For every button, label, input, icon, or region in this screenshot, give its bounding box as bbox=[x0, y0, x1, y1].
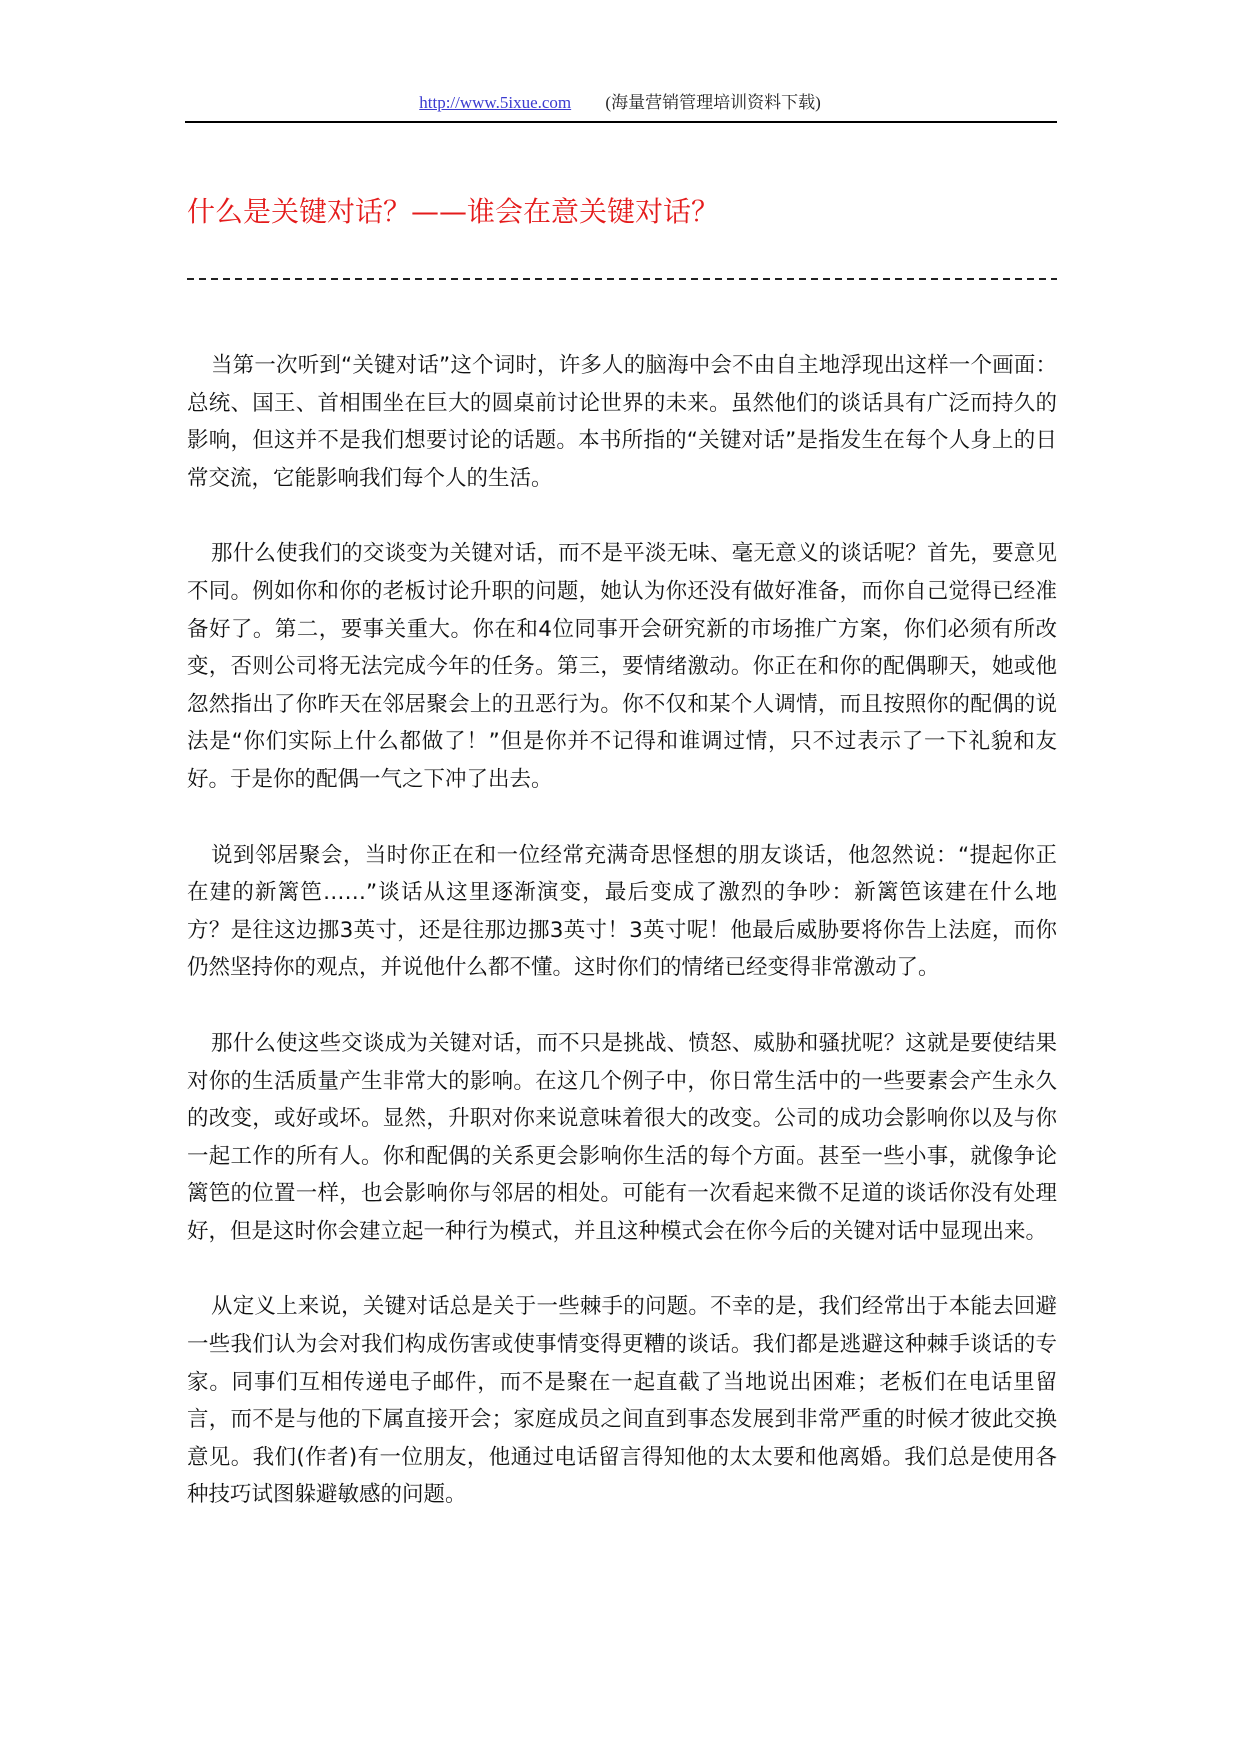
paragraph: 说到邻居聚会，当时你正在和一位经常充满奇思怪想的朋友谈话，他忽然说：“提起你正在… bbox=[187, 837, 1057, 987]
paragraph: 从定义上来说，关键对话总是关于一些棘手的问题。不幸的是，我们经常出于本能去回避一… bbox=[187, 1288, 1057, 1514]
document-body: 当第一次听到“关键对话”这个词时，许多人的脑海中会不由自主地浮现出这样一个画面：… bbox=[187, 347, 1057, 1552]
header-divider bbox=[185, 121, 1057, 123]
paragraph: 那什么使这些交谈成为关键对话，而不只是挑战、愤怒、威胁和骚扰呢？这就是要使结果对… bbox=[187, 1025, 1057, 1251]
page-header: http://www.5ixue.com (海量营销管理培训资料下载) bbox=[185, 88, 1055, 113]
dashed-divider bbox=[187, 278, 1057, 280]
site-link[interactable]: http://www.5ixue.com bbox=[419, 93, 571, 112]
paragraph: 当第一次听到“关键对话”这个词时，许多人的脑海中会不由自主地浮现出这样一个画面：… bbox=[187, 347, 1057, 497]
paragraph: 那什么使我们的交谈变为关键对话，而不是平淡无味、毫无意义的谈话呢？首先，要意见不… bbox=[187, 535, 1057, 798]
header-tagline: (海量营销管理培训资料下载) bbox=[605, 93, 820, 112]
document-title: 什么是关键对话？——谁会在意关键对话？ bbox=[187, 190, 719, 230]
